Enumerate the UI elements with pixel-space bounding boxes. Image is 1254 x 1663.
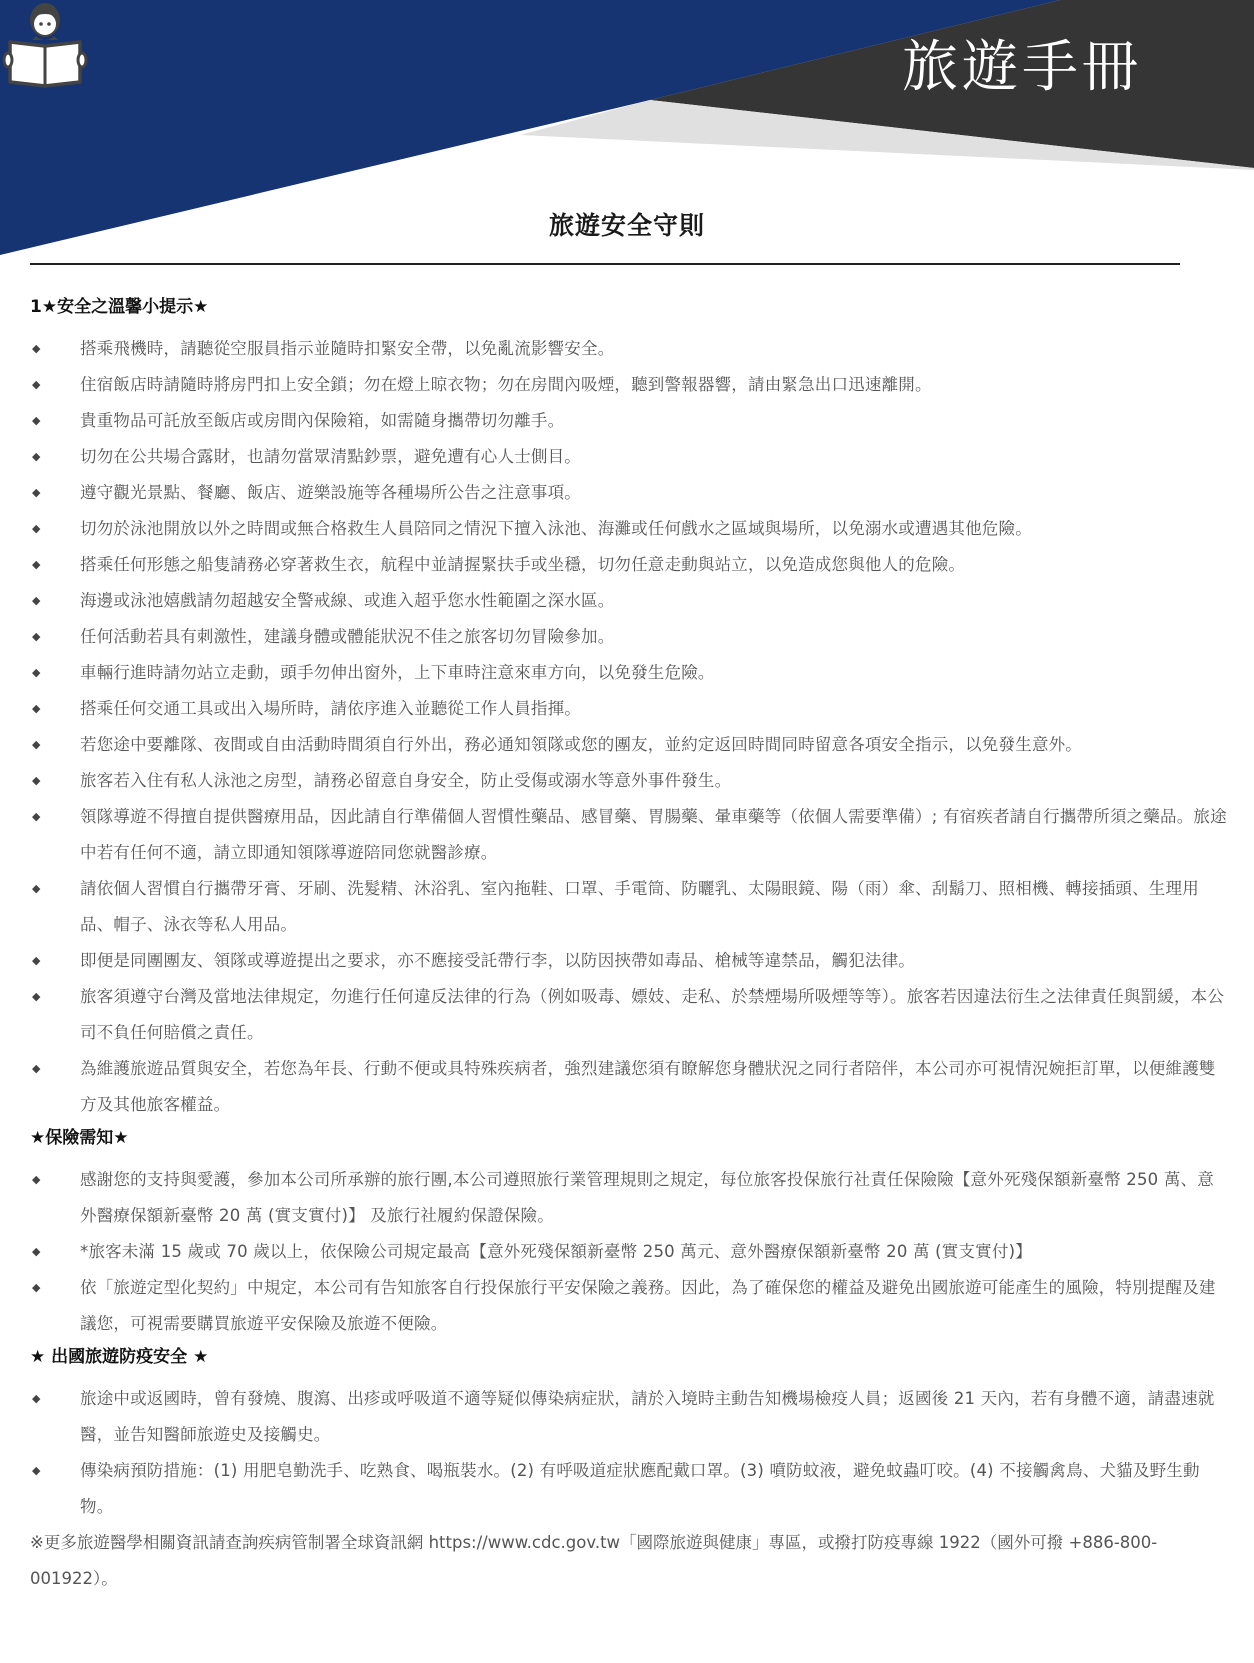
- list-item: ◆請依個人習慣自行攜帶牙膏、牙刷、洗髮精、沐浴乳、室內拖鞋、口罩、手電筒、防曬乳…: [30, 871, 1230, 943]
- diamond-bullet-icon: ◆: [32, 979, 41, 1015]
- diamond-bullet-icon: ◆: [32, 511, 41, 547]
- diamond-bullet-icon: ◆: [32, 619, 41, 655]
- list-item: ◆任何活動若具有刺激性，建議身體或體能狀況不佳之旅客切勿冒險參加。: [30, 619, 1230, 655]
- list-item: ◆若您途中要離隊、夜間或自由活動時間須自行外出，務必通知領隊或您的團友，並約定返…: [30, 727, 1230, 763]
- list-item: ◆感謝您的支持與愛護，參加本公司所承辦的旅行團,本公司遵照旅行業管理規則之規定，…: [30, 1162, 1230, 1234]
- section-title-safety-tips: 1★安全之溫馨小提示★: [30, 296, 1230, 331]
- list-item: ◆即便是同團團友、領隊或導遊提出之要求，亦不應接受託帶行李，以防因挾帶如毒品、槍…: [30, 943, 1230, 979]
- diamond-bullet-icon: ◆: [32, 1453, 41, 1489]
- diamond-bullet-icon: ◆: [32, 943, 41, 979]
- list-item: ◆領隊導遊不得擅自提供醫療用品，因此請自行準備個人習慣性藥品、感冒藥、胃腸藥、暈…: [30, 799, 1230, 871]
- insurance-list: ◆感謝您的支持與愛護，參加本公司所承辦的旅行團,本公司遵照旅行業管理規則之規定，…: [30, 1162, 1230, 1342]
- list-item: ◆車輛行進時請勿站立走動，頭手勿伸出窗外，上下車時注意來車方向，以免發生危險。: [30, 655, 1230, 691]
- epidemic-prevention-list: ◆旅途中或返國時，曾有發燒、腹瀉、出疹或呼吸道不適等疑似傳染病症狀，請於入境時主…: [30, 1381, 1230, 1525]
- list-item: ◆*旅客未滿 15 歲或 70 歲以上，依保險公司規定最高【意外死殘保額新臺幣 …: [30, 1234, 1230, 1270]
- content-body: 1★安全之溫馨小提示★ ◆搭乘飛機時，請聽從空服員指示並隨時扣緊安全帶，以免亂流…: [30, 296, 1230, 1597]
- list-item: ◆旅客若入住有私人泳池之房型，請務必留意自身安全，防止受傷或溺水等意外事件發生。: [30, 763, 1230, 799]
- list-item: ◆旅客須遵守台灣及當地法律規定，勿進行任何違反法律的行為（例如吸毒、嫖妓、走私、…: [30, 979, 1230, 1051]
- safety-tips-list: ◆搭乘飛機時，請聽從空服員指示並隨時扣緊安全帶，以免亂流影響安全。 ◆住宿飯店時…: [30, 331, 1230, 1123]
- diamond-bullet-icon: ◆: [32, 871, 41, 907]
- diamond-bullet-icon: ◆: [32, 1270, 41, 1306]
- list-item: ◆貴重物品可託放至飯店或房間內保險箱，如需隨身攜帶切勿離手。: [30, 403, 1230, 439]
- diamond-bullet-icon: ◆: [32, 1051, 41, 1087]
- diamond-bullet-icon: ◆: [32, 1162, 41, 1198]
- document-title: 旅遊手冊: [902, 40, 1142, 96]
- diamond-bullet-icon: ◆: [32, 403, 41, 439]
- header-divider: [30, 263, 1180, 265]
- list-item: ◆遵守觀光景點、餐廳、飯店、遊樂設施等各種場所公告之注意事項。: [30, 475, 1230, 511]
- list-item: ◆為維護旅遊品質與安全，若您為年長、行動不便或具特殊疾病者，強烈建議您須有瞭解您…: [30, 1051, 1230, 1123]
- diamond-bullet-icon: ◆: [32, 583, 41, 619]
- section-title-epidemic-prevention: ★ 出國旅遊防疫安全 ★: [30, 1346, 1230, 1381]
- list-item: ◆搭乘任何形態之船隻請務必穿著救生衣，航程中並請握緊扶手或坐穩，切勿任意走動與站…: [30, 547, 1230, 583]
- diamond-bullet-icon: ◆: [32, 331, 41, 367]
- list-item: ◆依「旅遊定型化契約」中規定，本公司有告知旅客自行投保旅行平安保險之義務。因此，…: [30, 1270, 1230, 1342]
- diamond-bullet-icon: ◆: [32, 799, 41, 835]
- list-item: ◆搭乘飛機時，請聽從空服員指示並隨時扣緊安全帶，以免亂流影響安全。: [30, 331, 1230, 367]
- diamond-bullet-icon: ◆: [32, 691, 41, 727]
- list-item: ◆搭乘任何交通工具或出入場所時，請依序進入並聽從工作人員指揮。: [30, 691, 1230, 727]
- diamond-bullet-icon: ◆: [32, 475, 41, 511]
- diamond-bullet-icon: ◆: [32, 367, 41, 403]
- diamond-bullet-icon: ◆: [32, 655, 41, 691]
- diamond-bullet-icon: ◆: [32, 763, 41, 799]
- section-title-insurance: ★保險需知★: [30, 1127, 1230, 1162]
- list-item: ◆住宿飯店時請隨時將房門扣上安全鎖；勿在燈上晾衣物；勿在房間內吸煙，聽到警報器響…: [30, 367, 1230, 403]
- section-subtitle: 旅遊安全守則: [0, 206, 1254, 242]
- diamond-bullet-icon: ◆: [32, 547, 41, 583]
- list-item: ◆切勿在公共場合露財，也請勿當眾清點鈔票，避免遭有心人士側目。: [30, 439, 1230, 475]
- list-item: ◆旅途中或返國時，曾有發燒、腹瀉、出疹或呼吸道不適等疑似傳染病症狀，請於入境時主…: [30, 1381, 1230, 1453]
- list-item: ◆切勿於泳池開放以外之時間或無合格救生人員陪同之情況下擅入泳池、海灘或任何戲水之…: [30, 511, 1230, 547]
- header-banner: 旅遊手冊 旅遊安全守則: [0, 0, 1254, 280]
- person-reading-book-icon: [0, 0, 90, 90]
- diamond-bullet-icon: ◆: [32, 727, 41, 763]
- diamond-bullet-icon: ◆: [32, 439, 41, 475]
- list-item: ◆海邊或泳池嬉戲請勿超越安全警戒線、或進入超乎您水性範圍之深水區。: [30, 583, 1230, 619]
- cdc-reference-note: ※更多旅遊醫學相關資訊請查詢疾病管制署全球資訊網 https://www.cdc…: [30, 1525, 1230, 1597]
- diamond-bullet-icon: ◆: [32, 1234, 41, 1270]
- list-item: ◆傳染病預防措施：(1) 用肥皂勤洗手、吃熟食、喝瓶裝水。(2) 有呼吸道症狀應…: [30, 1453, 1230, 1525]
- diamond-bullet-icon: ◆: [32, 1381, 41, 1417]
